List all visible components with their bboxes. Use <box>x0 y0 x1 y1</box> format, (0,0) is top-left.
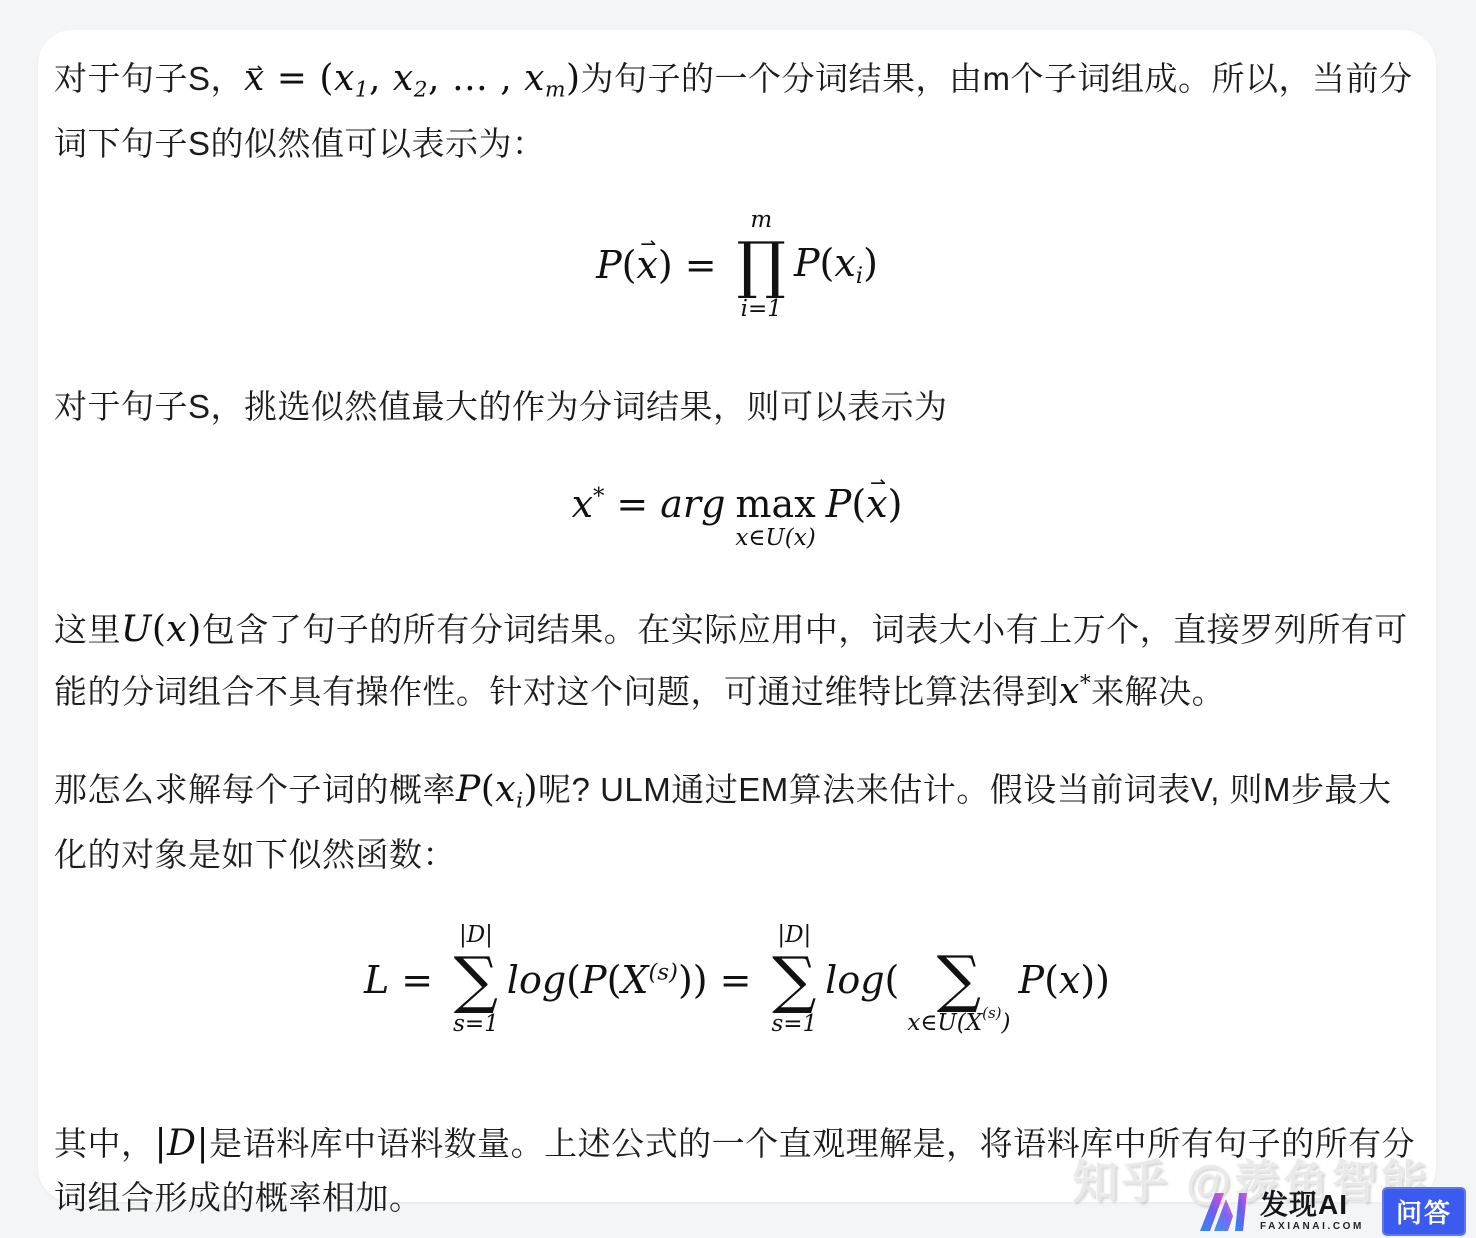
sum-operator-3: ∑x∈U(X(s)) <box>907 922 1010 1036</box>
product-operator: m∏i=1 <box>737 207 786 322</box>
faxianai-brandbar: 发现AI FAXIANAI.COM 问答 <box>1200 1187 1466 1236</box>
vector-arrow: ⇀ <box>870 472 886 494</box>
formula-argmax: x*=arg maxx∈U(x) P(⇀x) <box>54 470 1420 536</box>
sum-operator-2: |D|∑s=1 <box>771 922 817 1037</box>
paragraph-argmax-intro: 对于句子S，挑选似然值最大的作为分词结果，则可以表示为 <box>54 380 1420 434</box>
p1-text-pre: 对于句子S， <box>54 60 244 97</box>
formula-em-likelihood: L= |D|∑s=1 log(P(X(s)))= |D|∑s=1 log( ∑x… <box>54 922 1420 1037</box>
sum-operator-1: |D|∑s=1 <box>453 922 499 1037</box>
faxianai-logo-icon <box>1200 1193 1248 1231</box>
paragraph-intro: 对于句子S，⇀x = (x1, x2, … , xm)为句子的一个分词结果，由m… <box>54 52 1420 171</box>
brand-text: 发现AI FAXIANAI.COM <box>1260 1191 1364 1232</box>
inline-math-Ux: U(x) <box>121 609 202 650</box>
max-operator: maxx∈U(x) <box>735 485 815 551</box>
content-card: 对于句子S，⇀x = (x1, x2, … , xm)为句子的一个分词结果，由m… <box>38 30 1436 1202</box>
vector-arrow: ⇀ <box>248 43 264 97</box>
inline-math-D: |D| <box>155 1123 210 1164</box>
inline-math-xstar: x* <box>1059 671 1091 712</box>
paragraph-viterbi: 这里U(x)包含了句子的所有分词结果。在实际应用中，词表大小有上万个，直接罗列所… <box>54 603 1420 719</box>
brand-name: 发现AI <box>1260 1191 1348 1219</box>
brand-domain: FAXIANAI.COM <box>1260 1222 1364 1232</box>
vector-arrow: ⇀ <box>640 233 656 255</box>
inline-math-Pxi: P(xi) <box>456 769 538 810</box>
paragraph-em-intro: 那怎么求解每个子词的概率P(xi)呢? ULM通过EM算法来估计。假设当前词表V… <box>54 763 1420 882</box>
inline-math-vector-x: ⇀x = (x1, x2, … , xm) <box>244 58 581 99</box>
article-body: 对于句子S，⇀x = (x1, x2, … , xm)为句子的一个分词结果，由m… <box>38 30 1436 1225</box>
qa-badge: 问答 <box>1382 1187 1466 1236</box>
formula-product-likelihood: P(⇀x)= m∏i=1 P(xi) <box>54 207 1420 322</box>
